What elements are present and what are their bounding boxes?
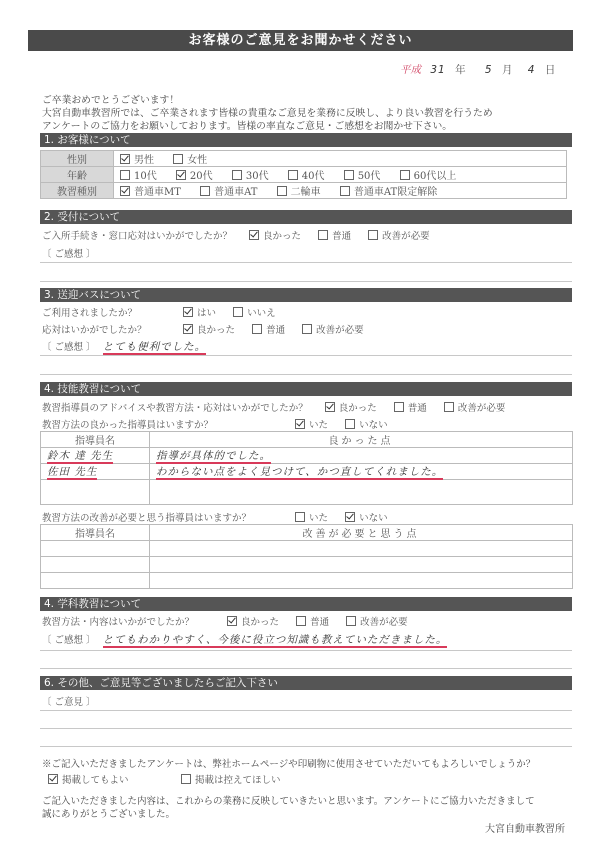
closing-text: ご記入いただきました内容は、これからの業務に反映していきたいと思います。アンケー… <box>42 795 535 821</box>
instructor-advice-good-option[interactable]: 良かった <box>325 400 377 414</box>
checkbox-icon[interactable] <box>120 170 130 180</box>
other-comment-line-3[interactable] <box>40 746 572 747</box>
checkbox-checked-icon[interactable] <box>183 324 193 334</box>
bus-usage-row: ご利用されましたか？ はい いいえ <box>42 305 276 319</box>
other-comment-line-1[interactable] <box>40 710 572 711</box>
checkbox-icon[interactable] <box>340 186 350 196</box>
checkbox-checked-icon[interactable] <box>120 186 130 196</box>
bus-comment-line-2[interactable] <box>40 374 572 375</box>
date-day: 4 <box>528 64 536 76</box>
checkbox-icon[interactable] <box>232 170 242 180</box>
age-row: 年齢 10代 20代 30代 40代 50代 60代以上 <box>41 167 567 183</box>
checkbox-icon[interactable] <box>345 419 355 429</box>
date-year: 31 <box>430 64 445 76</box>
checkbox-icon[interactable] <box>302 324 312 334</box>
good-instructor-question: 教習方法の良かった指導員はいますか？ <box>42 417 278 431</box>
instructor-name-cell[interactable]: 佐田 先生 <box>47 466 97 480</box>
bus-comment-row: 〔 ご感想 〕 とても便利でした。 <box>42 339 206 354</box>
age-60s-plus-option[interactable]: 60代以上 <box>400 167 457 182</box>
bus-service-question: 応対はいかがでしたか？ <box>42 322 166 336</box>
date-day-label: 日 <box>545 64 556 76</box>
bus-usage-yes-option[interactable]: はい <box>183 305 216 319</box>
improve-point-cell[interactable] <box>150 557 573 573</box>
checkbox-icon[interactable] <box>277 186 287 196</box>
instructor-name-header: 指導員名 <box>41 432 150 448</box>
improve-instructor-table: 指導員名 改善が必要と思う点 <box>40 524 573 589</box>
closing-line-2: 誠にありがとうございました。 <box>42 808 535 821</box>
checkbox-icon[interactable] <box>344 170 354 180</box>
good-instructor-row: 教習方法の良かった指導員はいますか？ いた いない <box>42 417 388 431</box>
checkbox-icon[interactable] <box>346 616 356 626</box>
table-row <box>41 541 573 557</box>
good-point-cell[interactable]: わからない点をよく見つけて、かつ直してくれました。 <box>156 466 443 480</box>
bus-service-row: 応対はいかがでしたか？ 良かった 普通 改善が必要 <box>42 322 364 336</box>
instructor-advice-normal-option[interactable]: 普通 <box>394 400 427 414</box>
bus-comment-text[interactable]: とても便利でした。 <box>103 341 207 355</box>
reception-normal-option[interactable]: 普通 <box>318 228 351 242</box>
reception-question: ご入所手続き・窓口応対はいかがでしたか？ <box>42 231 232 242</box>
section-academic-header: 4. 学科教習について <box>40 597 572 611</box>
intro-line-3: アンケートのご協力をお願いしております。皆様の率直なご意見・ご感想をお聞かせ下さ… <box>42 120 582 133</box>
section-2-header: 2. 受付について <box>40 210 572 224</box>
course-at-limit-removal-option[interactable]: 普通車AT限定解除 <box>340 183 437 198</box>
academic-comment-text[interactable]: とてもわかりやすく、今後に役立つ知識も教えていただきました。 <box>103 634 448 648</box>
publish-options-row: 掲載してもよい 掲載は控えてほしい <box>48 772 281 786</box>
gender-label: 性別 <box>41 151 114 167</box>
instructor-advice-question: 教習指導員のアドバイスや教習方法・応対はいかがでしたか？ <box>42 403 308 414</box>
date-year-label: 年 <box>455 64 466 76</box>
bus-service-improve-option[interactable]: 改善が必要 <box>302 322 364 336</box>
bus-usage-question: ご利用されましたか？ <box>42 305 166 319</box>
instructor-name-cell[interactable]: 鈴木 達 先生 <box>47 450 113 464</box>
checkbox-checked-icon[interactable] <box>249 230 259 240</box>
checkbox-icon[interactable] <box>368 230 378 240</box>
checkbox-checked-icon[interactable] <box>183 307 193 317</box>
bus-service-good-option[interactable]: 良かった <box>183 322 235 336</box>
academic-comment-label: 〔 ご感想 〕 <box>42 635 96 646</box>
checkbox-icon[interactable] <box>394 402 404 412</box>
table-header-row: 指導員名 良かった点 <box>41 432 573 448</box>
academic-normal-option[interactable]: 普通 <box>296 614 329 628</box>
publish-question: ※ご記入いただきましたアンケートは、弊社ホームページや印刷物に使用させていただい… <box>42 758 535 771</box>
age-40s-option[interactable]: 40代 <box>288 167 325 182</box>
bus-comment-line-1[interactable] <box>40 355 572 356</box>
instructor-advice-improve-option[interactable]: 改善が必要 <box>444 400 506 414</box>
table-row: 佐田 先生 わからない点をよく見つけて、かつ直してくれました。 <box>41 464 573 480</box>
checkbox-icon[interactable] <box>181 774 191 784</box>
academic-comment-row: 〔 ご感想 〕 とてもわかりやすく、今後に役立つ知識も教えていただきました。 <box>42 632 447 647</box>
reception-question-row: ご入所手続き・窓口応対はいかがでしたか？ 良かった 普通 改善が必要 <box>42 228 430 242</box>
instructor-name-header: 指導員名 <box>41 525 150 541</box>
table-row <box>41 573 573 589</box>
course-mt-option[interactable]: 普通車MT <box>120 183 181 198</box>
checkbox-checked-icon[interactable] <box>48 774 58 784</box>
section-4-header: 4. 技能教習について <box>40 382 572 396</box>
course-type-label: 教習種別 <box>41 183 114 199</box>
academic-question-row: 教習方法・内容はいかがでしたか？ 良かった 普通 改善が必要 <box>42 614 408 628</box>
instructor-advice-row: 教習指導員のアドバイスや教習方法・応対はいかがでしたか？ 良かった 普通 改善が… <box>42 400 505 414</box>
instructor-name-cell[interactable] <box>41 541 150 557</box>
intro-line-2: 大宮自動車教習所では、ご卒業されます皆様の貴重なご意見を業務に反映し、より良い教… <box>42 107 582 120</box>
table-row <box>41 557 573 573</box>
reception-comment-line-1[interactable] <box>40 262 572 263</box>
other-comment-label: 〔 ご意見 〕 <box>42 694 96 708</box>
reception-improve-option[interactable]: 改善が必要 <box>368 228 430 242</box>
course-type-row: 教習種別 普通車MT 普通車AT 二輪車 普通車AT限定解除 <box>41 183 567 199</box>
academic-good-option[interactable]: 良かった <box>227 614 279 628</box>
publish-decline-option[interactable]: 掲載は控えてほしい <box>181 772 281 786</box>
checkbox-icon[interactable] <box>318 230 328 240</box>
table-row: 鈴木 達 先生 指導が具体的でした。 <box>41 448 573 464</box>
reception-good-option[interactable]: 良かった <box>249 228 301 242</box>
course-at-option[interactable]: 普通車AT <box>200 183 257 198</box>
improve-point-cell[interactable] <box>150 573 573 589</box>
improve-points-header: 改善が必要と思う点 <box>150 525 573 541</box>
closing-line-1: ご記入いただきました内容は、これからの業務に反映していきたいと思います。アンケー… <box>42 795 535 808</box>
checkbox-icon[interactable] <box>400 170 410 180</box>
gender-row: 性別 男性 女性 <box>41 151 567 167</box>
instructor-name-cell[interactable] <box>41 557 150 573</box>
course-motorcycle-option[interactable]: 二輪車 <box>277 183 321 198</box>
good-instructor-yes-option[interactable]: いた <box>295 417 328 431</box>
checkbox-checked-icon[interactable] <box>120 154 130 164</box>
table-header-row: 指導員名 改善が必要と思う点 <box>41 525 573 541</box>
form-title: お客様のご意見をお聞かせください <box>28 30 573 51</box>
age-20s-option[interactable]: 20代 <box>176 167 213 182</box>
other-comment-line-2[interactable] <box>40 728 572 729</box>
good-instructor-no-option[interactable]: いない <box>345 417 388 431</box>
section-6-header: 6. その他、ご意見等ございましたらご記入下さい <box>40 676 572 690</box>
intro-line-1: ご卒業おめでとうございます！ <box>42 94 582 107</box>
date-field[interactable]: 平成 31 年 5 月 4 日 <box>400 62 561 77</box>
improve-instructor-row: 教習方法の改善が必要と思う指導員はいますか？ いた いない <box>42 510 388 524</box>
improve-instructor-no-option[interactable]: いない <box>345 510 388 524</box>
date-month-label: 月 <box>502 64 513 76</box>
age-label: 年齢 <box>41 167 114 183</box>
checkbox-checked-icon[interactable] <box>295 419 305 429</box>
academic-comment-line-2[interactable] <box>40 668 572 669</box>
improve-point-cell[interactable] <box>150 541 573 557</box>
signature: 大宮自動車教習所 <box>485 820 565 835</box>
checkbox-checked-icon[interactable] <box>345 512 355 522</box>
checkbox-checked-icon[interactable] <box>325 402 335 412</box>
good-point-cell[interactable]: 指導が具体的でした。 <box>156 450 271 464</box>
bus-usage-no-option[interactable]: いいえ <box>233 305 276 319</box>
bus-service-normal-option[interactable]: 普通 <box>252 322 285 336</box>
checkbox-icon[interactable] <box>173 154 183 164</box>
section-1-header: 1. お客様について <box>40 133 572 147</box>
age-10s-option[interactable]: 10代 <box>120 167 157 182</box>
checkbox-icon[interactable] <box>444 402 454 412</box>
section-3-header: 3. 送迎バスについて <box>40 288 572 302</box>
reception-comment-line-2[interactable] <box>40 281 572 282</box>
age-30s-option[interactable]: 30代 <box>232 167 269 182</box>
age-50s-option[interactable]: 50代 <box>344 167 381 182</box>
gender-male-option[interactable]: 男性 <box>120 151 154 166</box>
checkbox-icon[interactable] <box>295 512 305 522</box>
checkbox-icon[interactable] <box>200 186 210 196</box>
bus-comment-label: 〔 ご感想 〕 <box>42 342 96 353</box>
table-row <box>41 480 573 505</box>
academic-comment-line-1[interactable] <box>40 650 572 651</box>
checkbox-icon[interactable] <box>288 170 298 180</box>
reception-comment-label: 〔 ご感想 〕 <box>42 246 96 260</box>
customer-info-table: 性別 男性 女性 年齢 10代 20代 30代 40代 50代 60代以上 教習… <box>40 150 567 199</box>
instructor-name-cell[interactable] <box>41 573 150 589</box>
good-point-cell[interactable] <box>150 480 573 505</box>
gender-female-option[interactable]: 女性 <box>173 151 207 166</box>
date-era: 平成 <box>400 64 421 76</box>
checkbox-icon[interactable] <box>252 324 262 334</box>
publish-allow-option[interactable]: 掲載してもよい <box>48 772 164 786</box>
date-month: 5 <box>485 64 493 76</box>
improve-instructor-question: 教習方法の改善が必要と思う指導員はいますか？ <box>42 510 278 524</box>
improve-instructor-yes-option[interactable]: いた <box>295 510 328 524</box>
good-instructor-table: 指導員名 良かった点 鈴木 達 先生 指導が具体的でした。 佐田 先生 わからな… <box>40 431 573 505</box>
academic-question: 教習方法・内容はいかがでしたか？ <box>42 614 210 628</box>
checkbox-icon[interactable] <box>296 616 306 626</box>
checkbox-checked-icon[interactable] <box>176 170 186 180</box>
checkbox-checked-icon[interactable] <box>227 616 237 626</box>
academic-improve-option[interactable]: 改善が必要 <box>346 614 408 628</box>
instructor-name-cell[interactable] <box>41 480 150 505</box>
checkbox-icon[interactable] <box>233 307 243 317</box>
good-points-header: 良かった点 <box>150 432 573 448</box>
intro-text: ご卒業おめでとうございます！ 大宮自動車教習所では、ご卒業されます皆様の貴重なご… <box>42 94 582 133</box>
